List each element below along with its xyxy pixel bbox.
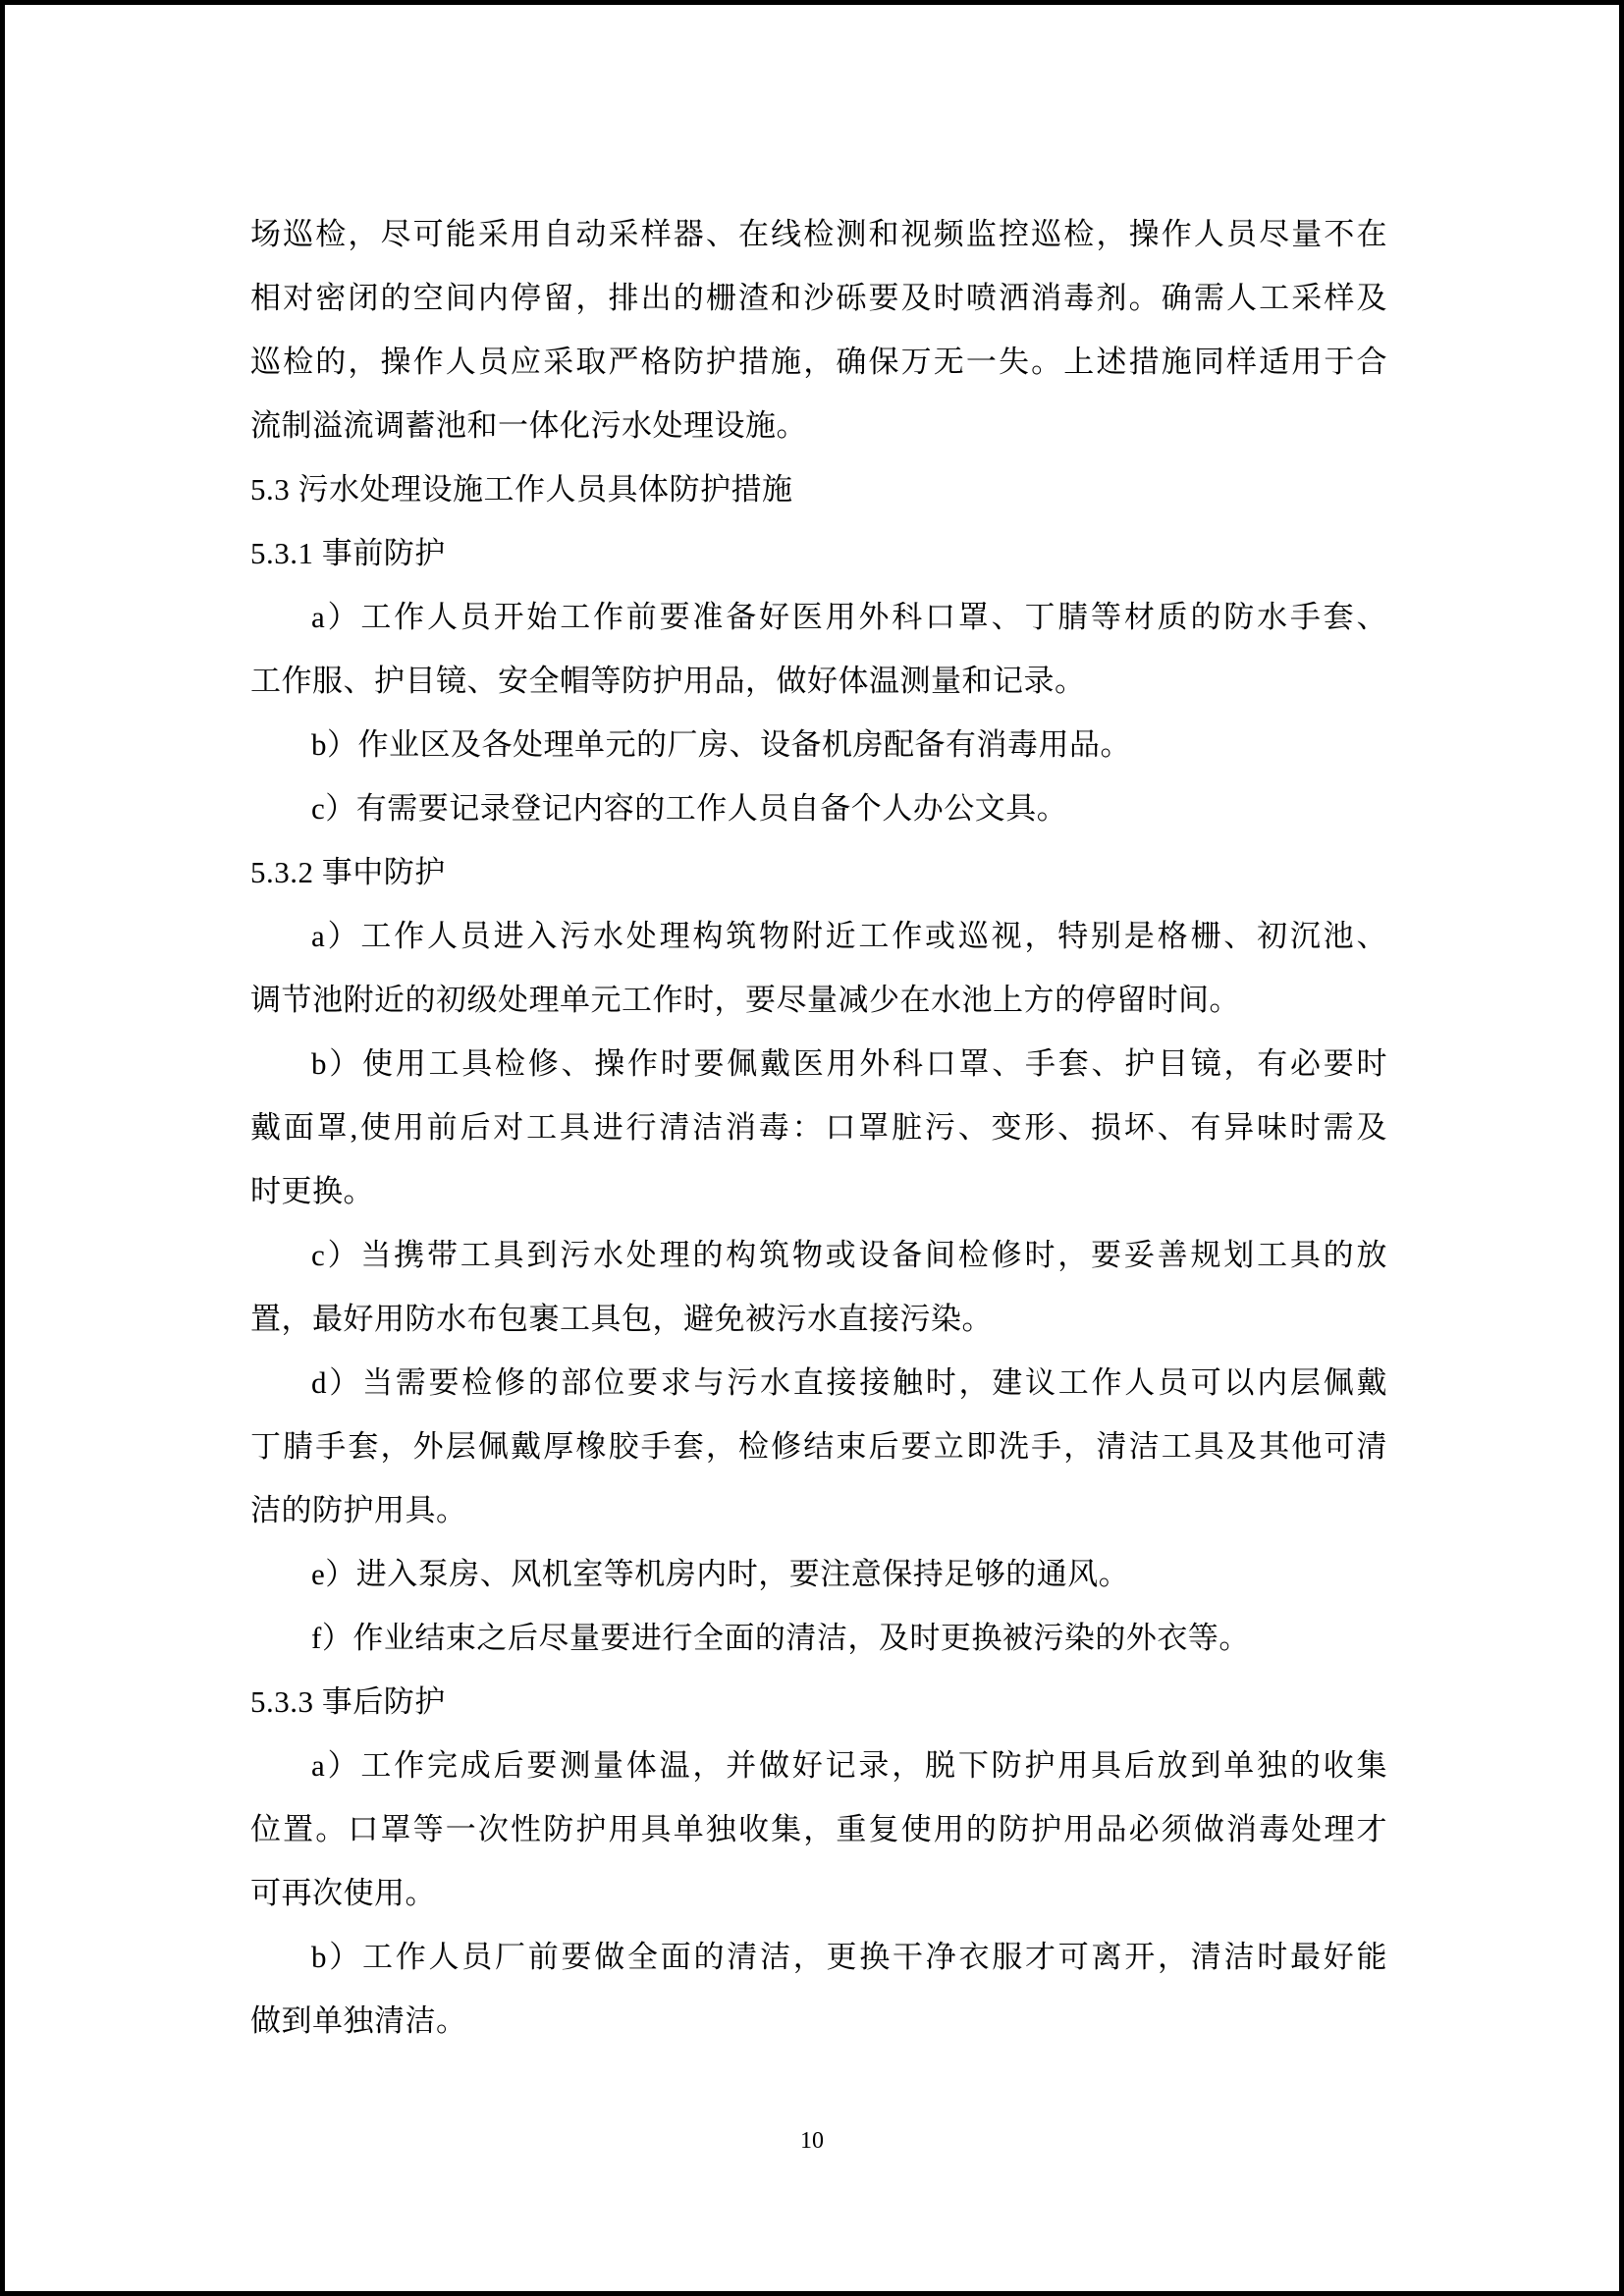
text-line: b）使用工具检修、操作时要佩戴医用外科口罩、手套、护目镜，有必要时	[250, 1032, 1387, 1095]
page-number: 10	[5, 2125, 1619, 2157]
text-line: 做到单独清洁。	[250, 1989, 1387, 2053]
text-line: 工作服、护目镜、安全帽等防护用品，做好体温测量和记录。	[250, 649, 1387, 713]
text-line: c）有需要记录登记内容的工作人员自备个人办公文具。	[250, 776, 1387, 840]
text-line: 戴面罩,使用前后对工具进行清洁消毒：口罩脏污、变形、损坏、有异味时需及	[250, 1095, 1387, 1159]
text-line: 巡检的，操作人员应采取严格防护措施，确保万无一失。上述措施同样适用于合	[250, 330, 1387, 394]
text-line: 洁的防护用具。	[250, 1478, 1387, 1542]
section-heading: 5.3.3 事后防护	[250, 1670, 1387, 1734]
text-line: a）工作完成后要测量体温，并做好记录，脱下防护用具后放到单独的收集	[250, 1734, 1387, 1797]
section-heading: 5.3.2 事中防护	[250, 840, 1387, 904]
text-line: 丁腈手套，外层佩戴厚橡胶手套，检修结束后要立即洗手，清洁工具及其他可清	[250, 1415, 1387, 1478]
text-line: 相对密闭的空间内停留，排出的栅渣和沙砾要及时喷洒消毒剂。确需人工采样及	[250, 266, 1387, 330]
text-line: b）作业区及各处理单元的厂房、设备机房配备有消毒用品。	[250, 713, 1387, 776]
text-line: d）当需要检修的部位要求与污水直接接触时，建议工作人员可以内层佩戴	[250, 1351, 1387, 1415]
section-heading: 5.3 污水处理设施工作人员具体防护措施	[250, 457, 1387, 521]
text-line: b）工作人员厂前要做全面的清洁，更换干净衣服才可离开，清洁时最好能	[250, 1925, 1387, 1989]
section-heading: 5.3.1 事前防护	[250, 521, 1387, 585]
text-line: c）当携带工具到污水处理的构筑物或设备间检修时，要妥善规划工具的放	[250, 1223, 1387, 1287]
text-line: 流制溢流调蓄池和一体化污水处理设施。	[250, 394, 1387, 457]
text-line: 可再次使用。	[250, 1861, 1387, 1925]
text-line: 置，最好用防水布包裹工具包，避免被污水直接污染。	[250, 1287, 1387, 1351]
text-line: 时更换。	[250, 1159, 1387, 1223]
text-line: a）工作人员进入污水处理构筑物附近工作或巡视，特别是格栅、初沉池、	[250, 904, 1387, 968]
text-line: a）工作人员开始工作前要准备好医用外科口罩、丁腈等材质的防水手套、	[250, 585, 1387, 649]
text-body: 场巡检，尽可能采用自动采样器、在线检测和视频监控巡检，操作人员尽量不在相对密闭的…	[250, 202, 1387, 2053]
text-line: 调节池附近的初级处理单元工作时，要尽量减少在水池上方的停留时间。	[250, 968, 1387, 1032]
text-line: f）作业结束之后尽量要进行全面的清洁，及时更换被污染的外衣等。	[250, 1606, 1387, 1670]
document-page: 场巡检，尽可能采用自动采样器、在线检测和视频监控巡检，操作人员尽量不在相对密闭的…	[0, 0, 1624, 2296]
text-line: e）进入泵房、风机室等机房内时，要注意保持足够的通风。	[250, 1542, 1387, 1606]
text-line: 场巡检，尽可能采用自动采样器、在线检测和视频监控巡检，操作人员尽量不在	[250, 202, 1387, 266]
text-line: 位置。口罩等一次性防护用具单独收集，重复使用的防护用品必须做消毒处理才	[250, 1797, 1387, 1861]
